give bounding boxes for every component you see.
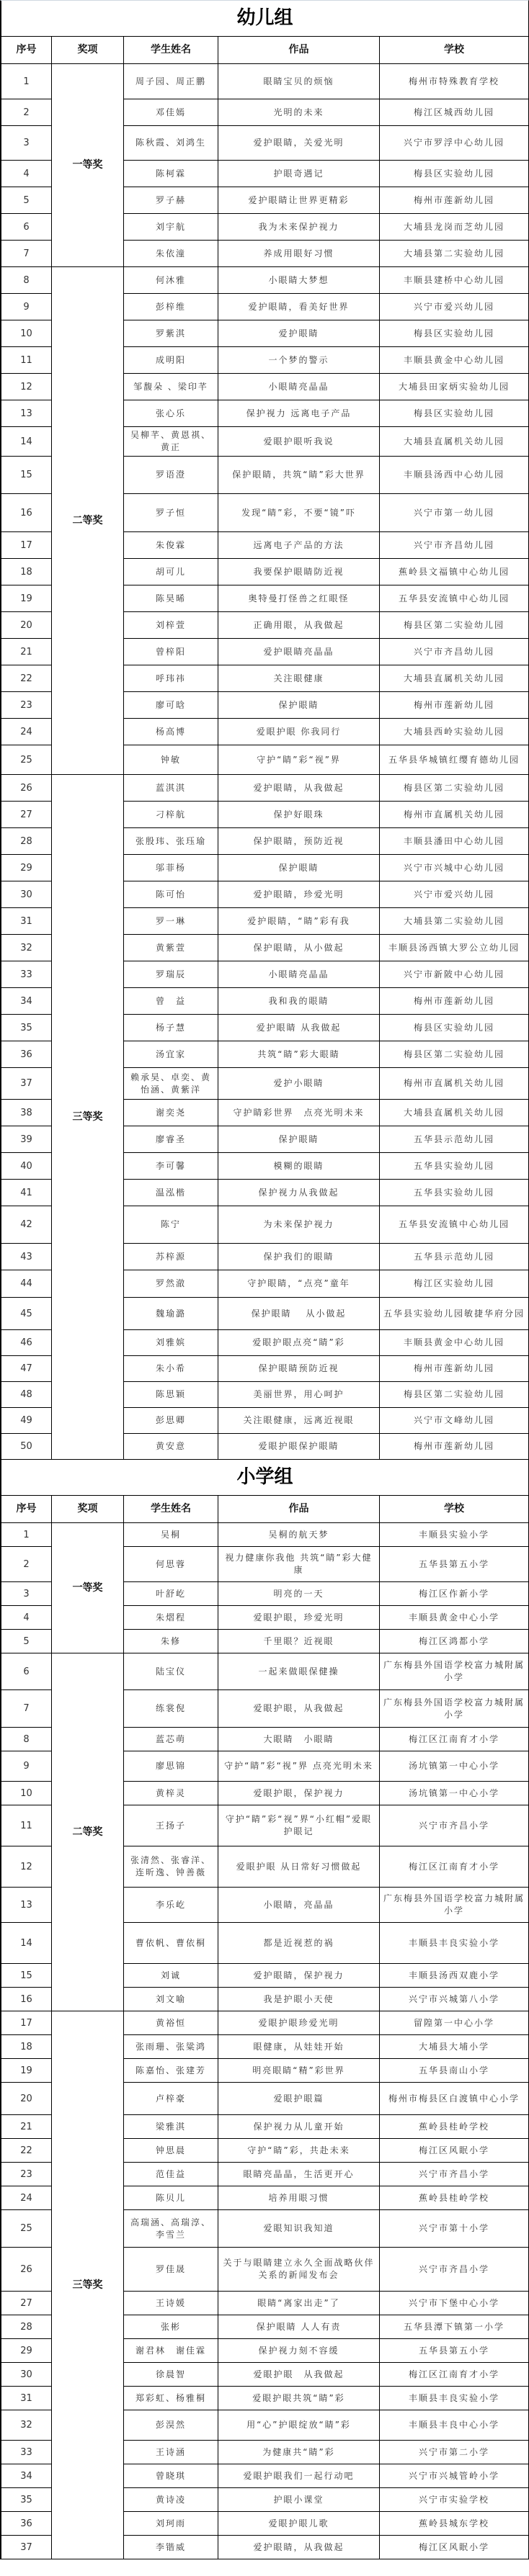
row-index: 44 (1, 1270, 52, 1298)
student-name: 汤宜家 (124, 1041, 218, 1068)
row-index: 18 (1, 2035, 52, 2059)
row-index: 25 (1, 745, 52, 775)
row-index: 33 (1, 961, 52, 988)
school-name: 梅州市直属机关幼儿园 (380, 802, 529, 828)
school-name: 兴宁市兴城第八小学 (380, 1988, 529, 2011)
work-title: 关注眼健康 (218, 665, 380, 692)
school-name: 梅江区风眠小学 (380, 2536, 529, 2559)
row-index: 4 (1, 1606, 52, 1630)
work-title: 爱护眼睛，珍爱光明 (218, 881, 380, 908)
student-name: 魏瑜潞 (124, 1298, 218, 1330)
work-title: 我为未来保护视力 (218, 214, 380, 241)
row-index: 38 (1, 1100, 52, 1126)
school-name: 梅州市莲新幼儿园 (380, 1434, 529, 1460)
row-index: 10 (1, 1782, 52, 1805)
work-title: 爱护眼睛让世界更精彩 (218, 187, 380, 214)
row-index: 19 (1, 2059, 52, 2083)
row-index: 27 (1, 2292, 52, 2315)
row-index: 37 (1, 1068, 52, 1100)
row-index: 46 (1, 1330, 52, 1356)
row-index: 10 (1, 320, 52, 347)
school-name: 梅江区江南育才小学 (380, 1846, 529, 1888)
row-index: 5 (1, 187, 52, 214)
student-name: 杨高博 (124, 719, 218, 745)
work-title: 发现“睛”彩，不要“镜”吓 (218, 494, 380, 532)
student-name: 温泓楷 (124, 1180, 218, 1206)
school-name: 兴宁市齐昌小学 (380, 2248, 529, 2292)
work-title: 保护好眼珠 (218, 802, 380, 828)
school-name: 五华县华城镇红缨育德幼儿园 (380, 745, 529, 775)
school-name: 兴宁市第十小学 (380, 2210, 529, 2248)
work-title: 为未来保护视力 (218, 1206, 380, 1244)
row-index: 40 (1, 1153, 52, 1180)
school-name: 兴宁市罗浮中心幼儿园 (380, 126, 529, 161)
work-title: 正确用眼，从我做起 (218, 612, 380, 639)
row-index: 1 (1, 1523, 52, 1547)
student-name: 彭淏然 (124, 2410, 218, 2441)
award-table-body: 幼儿组序号奖项学生姓名作品学校1一等奖周子园、周正鹏眼睛宝贝的烦恼梅州市特殊教育… (1, 1, 529, 2559)
work-title: 爱眼护眼我们一起行动吧 (218, 2464, 380, 2488)
school-name: 五华县实验幼儿园敏捷华府分园 (380, 1298, 529, 1330)
student-name: 练裳倪 (124, 1690, 218, 1728)
work-title: 爱护眼睛 (218, 320, 380, 347)
row-index: 19 (1, 585, 52, 612)
award-level: 一等奖 (52, 64, 124, 267)
student-name: 邓佳嫣 (124, 99, 218, 126)
row-index: 23 (1, 2163, 52, 2186)
student-name: 钟思晨 (124, 2139, 218, 2163)
work-title: 我要保护眼睛防近视 (218, 559, 380, 585)
section-title: 幼儿组 (1, 1, 529, 37)
school-name: 大埔县西岭实验幼儿园 (380, 719, 529, 745)
student-name: 谢君林 谢佳霖 (124, 2339, 218, 2363)
school-name: 兴宁市下堡中心小学 (380, 2292, 529, 2315)
work-title: 保护眼睛预防近视 (218, 1356, 380, 1382)
award-level: 二等奖 (52, 267, 124, 775)
student-name: 钟敏 (124, 745, 218, 775)
student-name: 刘诚 (124, 1964, 218, 1988)
row-index: 30 (1, 881, 52, 908)
row-index: 32 (1, 2410, 52, 2441)
school-name: 梅县区实验幼儿园 (380, 1015, 529, 1041)
row-index: 16 (1, 494, 52, 532)
school-name: 丰顺县丰良实验小学 (380, 2387, 529, 2410)
row-index: 11 (1, 347, 52, 374)
school-name: 兴宁市兴城中心幼儿园 (380, 855, 529, 881)
school-name: 兴宁市齐昌幼儿园 (380, 639, 529, 665)
work-title: 守护“睛”彩“视”界“小红帽”爱眼护眼记 (218, 1805, 380, 1846)
row-index: 28 (1, 828, 52, 855)
school-name: 蕉岭县桂岭学校 (380, 2115, 529, 2139)
row-index: 11 (1, 1805, 52, 1846)
row-index: 8 (1, 1728, 52, 1751)
row-index: 17 (1, 2011, 52, 2035)
work-title: 爱眼护眼 从日常好习惯做起 (218, 1846, 380, 1888)
student-name: 何思蓉 (124, 1547, 218, 1582)
student-name: 王扬子 (124, 1805, 218, 1846)
work-title: 保护视力从儿童开始 (218, 2115, 380, 2139)
student-name: 陈嘉怡、张建芳 (124, 2059, 218, 2083)
work-title: 保护眼睛，共筑“睛”彩大世界 (218, 457, 380, 494)
student-name: 李锴威 (124, 2536, 218, 2559)
school-name: 蕉岭县桂岭学校 (380, 2186, 529, 2210)
work-title: 保护眼睛，从小做起 (218, 935, 380, 961)
work-title: 养成用眼好习惯 (218, 241, 380, 267)
school-name: 五华县示范幼儿园 (380, 1126, 529, 1153)
school-name: 大埔县田家炳实验幼儿园 (380, 374, 529, 400)
student-name: 李乐屹 (124, 1888, 218, 1923)
row-index: 14 (1, 1923, 52, 1964)
student-name: 朱小希 (124, 1356, 218, 1382)
work-title: 眼睛宝贝的烦恼 (218, 64, 380, 99)
row-index: 33 (1, 2441, 52, 2464)
student-name: 高瑞涵、高瑞淳、李雪兰 (124, 2210, 218, 2248)
school-name: 梅州市莲新幼儿园 (380, 1356, 529, 1382)
student-name: 陈宁 (124, 1206, 218, 1244)
student-name: 卢梓豪 (124, 2083, 218, 2115)
header-school: 学校 (380, 1496, 529, 1523)
school-name: 梅江区江南育才小学 (380, 2363, 529, 2387)
student-name: 成明阳 (124, 347, 218, 374)
work-title: 爱眼护眼，珍爱光明 (218, 1606, 380, 1630)
student-name: 刘珂雨 (124, 2512, 218, 2536)
school-name: 丰顺县汤西镇大罗公立幼儿园 (380, 935, 529, 961)
student-name: 陈可怡 (124, 881, 218, 908)
row-index: 26 (1, 2248, 52, 2292)
student-name: 郑彩虹、杨雅桐 (124, 2387, 218, 2410)
row-index: 37 (1, 2536, 52, 2559)
student-name: 廖睿圣 (124, 1126, 218, 1153)
student-name: 黄裕恒 (124, 2011, 218, 2035)
award-level: 一等奖 (52, 1523, 124, 1653)
work-title: 保护眼睛 人人有责 (218, 2315, 380, 2339)
header-index: 序号 (1, 37, 52, 64)
student-name: 陈柯霖 (124, 161, 218, 187)
student-name: 赖承昊、卓奕、黄怡涵、黄紫洋 (124, 1068, 218, 1100)
student-name: 罗语澄 (124, 457, 218, 494)
school-name: 梅县区第二实验幼儿园 (380, 612, 529, 639)
work-title: 爱护眼睛，从我做起 (218, 2536, 380, 2559)
school-name: 丰顺县实验小学 (380, 1523, 529, 1547)
school-name: 兴宁市第一幼儿园 (380, 494, 529, 532)
row-index: 8 (1, 267, 52, 294)
row-index: 36 (1, 2512, 52, 2536)
work-title: 护眼奇遇记 (218, 161, 380, 187)
school-name: 五华县南山小学 (380, 2059, 529, 2083)
row-index: 25 (1, 2210, 52, 2248)
school-name: 梅县区第二实验幼儿园 (380, 775, 529, 802)
student-name: 罗子恒 (124, 494, 218, 532)
student-name: 罗瑞辰 (124, 961, 218, 988)
work-title: 保护视力 远离电子产品 (218, 400, 380, 427)
work-title: 爱眼护眼共筑“睛”彩 (218, 2387, 380, 2410)
work-title: 爱眼护眼 从我做起 (218, 2363, 380, 2387)
student-name: 徐晨智 (124, 2363, 218, 2387)
row-index: 23 (1, 692, 52, 719)
work-title: 共筑“睛”彩大眼睛 (218, 1041, 380, 1068)
work-title: 爱护眼睛，保护视力 (218, 1964, 380, 1988)
work-title: 爱眼护眼，从我做起 (218, 1690, 380, 1728)
work-title: 保护眼睛，预防近视 (218, 828, 380, 855)
student-name: 王诗涵 (124, 2441, 218, 2464)
header-index: 序号 (1, 1496, 52, 1523)
school-name: 五华县第五小学 (380, 1547, 529, 1582)
school-name: 大埔县第二实验幼儿园 (380, 908, 529, 935)
school-name: 蕉岭县文福镇中心幼儿园 (380, 559, 529, 585)
row-index: 20 (1, 2083, 52, 2115)
row-index: 43 (1, 1244, 52, 1270)
student-name: 王诗媛 (124, 2292, 218, 2315)
work-title: 吴桐的航天梦 (218, 1523, 380, 1547)
work-title: 爱护眼睛，关爱光明 (218, 126, 380, 161)
school-name: 广东梅县外国语学校富力城附属小学 (380, 1690, 529, 1728)
work-title: 培养用眼习惯 (218, 2186, 380, 2210)
school-name: 大埔县第二实验幼儿园 (380, 241, 529, 267)
school-name: 大埔县直属机关幼儿园 (380, 1100, 529, 1126)
work-title: 大眼睛 小眼睛 (218, 1728, 380, 1751)
award-level: 三等奖 (52, 775, 124, 1460)
work-title: 爱护眼睛，“睛”彩有我 (218, 908, 380, 935)
section-title-row: 小学组 (1, 1460, 529, 1496)
student-name: 刘雅嫔 (124, 1330, 218, 1356)
row-index: 6 (1, 1653, 52, 1690)
work-title: 爱护眼睛 从我做起 (218, 1015, 380, 1041)
row-index: 39 (1, 1126, 52, 1153)
work-title: 爱眼知识我知道 (218, 2210, 380, 2248)
row-index: 18 (1, 559, 52, 585)
table-row: 1一等奖周子园、周正鹏眼睛宝贝的烦恼梅州市特殊教育学校 (1, 64, 529, 99)
student-name: 吴桐 (124, 1523, 218, 1547)
student-name: 张清然、张睿洋、连昕逸、钟善薇 (124, 1846, 218, 1888)
student-name: 黄梓灵 (124, 1782, 218, 1805)
table-row: 26三等奖蓝淇淇爱护眼睛，从我做起梅县区第二实验幼儿园 (1, 775, 529, 802)
student-name: 刁梓航 (124, 802, 218, 828)
work-title: 守护“睛”彩“视”界 点亮光明未来 (218, 1751, 380, 1782)
school-name: 丰顺县汤西双鹿小学 (380, 1964, 529, 1988)
work-title: 眼睛“离家出走”了 (218, 2292, 380, 2315)
school-name: 大埔县龙岗而芝幼儿园 (380, 214, 529, 241)
work-title: 远离电子产品的方法 (218, 532, 380, 559)
work-title: 守护“睛”彩，共赴未来 (218, 2139, 380, 2163)
student-name: 何沐雅 (124, 267, 218, 294)
work-title: 眼健康，从娃娃开始 (218, 2035, 380, 2059)
row-index: 2 (1, 1547, 52, 1582)
row-index: 27 (1, 802, 52, 828)
work-title: 爱眼护眼点亮“睛”彩 (218, 1330, 380, 1356)
work-title: 保护眼睛 从小做起 (218, 1298, 380, 1330)
student-name: 蓝淇淇 (124, 775, 218, 802)
school-name: 梅江区实验幼儿园 (380, 1270, 529, 1298)
school-name: 汤坑镇第一中心小学 (380, 1751, 529, 1782)
row-index: 32 (1, 935, 52, 961)
row-index: 14 (1, 427, 52, 457)
row-index: 3 (1, 1582, 52, 1606)
row-index: 42 (1, 1206, 52, 1244)
work-title: 保护眼睛 (218, 692, 380, 719)
work-title: 爱眼护眼听我说 (218, 427, 380, 457)
work-title: 小眼睛大梦想 (218, 267, 380, 294)
student-name: 曾晓琪 (124, 2464, 218, 2488)
row-index: 7 (1, 1690, 52, 1728)
row-index: 24 (1, 719, 52, 745)
school-name: 梅州市莲新幼儿园 (380, 692, 529, 719)
school-name: 梅州市莲新幼儿园 (380, 187, 529, 214)
row-index: 7 (1, 241, 52, 267)
work-title: 关注眼健康，远离近视眼 (218, 1408, 380, 1434)
student-name: 叶舒屹 (124, 1582, 218, 1606)
student-name: 张殷玮、张珏瑜 (124, 828, 218, 855)
header-award: 奖项 (52, 37, 124, 64)
student-name: 张雨珊、张粱鸿 (124, 2035, 218, 2059)
student-name: 罗紫淇 (124, 320, 218, 347)
row-index: 24 (1, 2186, 52, 2210)
work-title: 爱眼护眼保护眼睛 (218, 1434, 380, 1460)
row-index: 26 (1, 775, 52, 802)
school-name: 兴宁市齐昌小学 (380, 2163, 529, 2186)
work-title: 爱护小眼睛 (218, 1068, 380, 1100)
student-name: 黄紫萱 (124, 935, 218, 961)
school-name: 兴宁市实验学校 (380, 2488, 529, 2512)
row-index: 15 (1, 457, 52, 494)
student-name: 罗一琳 (124, 908, 218, 935)
work-title: 关于与眼睛建立永久全面战略伙伴关系的新闻发布会 (218, 2248, 380, 2292)
row-index: 5 (1, 1630, 52, 1653)
row-index: 36 (1, 1041, 52, 1068)
row-index: 13 (1, 400, 52, 427)
school-name: 兴宁市文峰幼儿园 (380, 1408, 529, 1434)
row-index: 20 (1, 612, 52, 639)
row-index: 12 (1, 374, 52, 400)
student-name: 吴柳芊、黄恩祺、黄正 (124, 427, 218, 457)
student-name: 陈贝儿 (124, 2186, 218, 2210)
work-title: 奥特曼打怪兽之红眼怪 (218, 585, 380, 612)
school-name: 广东梅县外国语学校富力城附属小学 (380, 1888, 529, 1923)
work-title: 视力健康你我他 共筑“睛”彩大健康 (218, 1547, 380, 1582)
table-row: 6二等奖陆宝仪一起来做眼保健操广东梅县外国语学校富力城附属小学 (1, 1653, 529, 1690)
student-name: 杨子慧 (124, 1015, 218, 1041)
school-name: 五华县实验幼儿园 (380, 1153, 529, 1180)
row-index: 9 (1, 1751, 52, 1782)
row-index: 21 (1, 2115, 52, 2139)
school-name: 丰顺县建桥中心幼儿园 (380, 267, 529, 294)
student-name: 罗然澈 (124, 1270, 218, 1298)
work-title: 守护睛彩世界 点亮光明未来 (218, 1100, 380, 1126)
work-title: 守护“睛”彩“视”界 (218, 745, 380, 775)
school-name: 大埔县直属机关幼儿园 (380, 665, 529, 692)
row-index: 35 (1, 1015, 52, 1041)
award-level: 二等奖 (52, 1653, 124, 2011)
school-name: 大埔县直属机关幼儿园 (380, 427, 529, 457)
student-name: 呼玮祎 (124, 665, 218, 692)
school-name: 梅江区作新小学 (380, 1582, 529, 1606)
student-name: 罗子赫 (124, 187, 218, 214)
section-title-row: 幼儿组 (1, 1, 529, 37)
work-title: 千里眼？近视眼 (218, 1630, 380, 1653)
student-name: 邹馥朵 、梁印芊 (124, 374, 218, 400)
school-name: 梅县区实验幼儿园 (380, 400, 529, 427)
work-title: 爱护眼睛亮晶晶 (218, 639, 380, 665)
work-title: 保护视力从我做起 (218, 1180, 380, 1206)
row-index: 34 (1, 988, 52, 1015)
work-title: 小眼睛亮晶晶 (218, 961, 380, 988)
school-name: 兴宁市爱兴幼儿园 (380, 294, 529, 320)
student-name: 陈秋霞、刘鸿生 (124, 126, 218, 161)
work-title: 爱眼护眼珍爱光明 (218, 2011, 380, 2035)
student-name: 曹依帆、曹依桐 (124, 1923, 218, 1964)
school-name: 丰顺县丰良中心小学 (380, 2410, 529, 2441)
work-title: 爱眼护眼儿歌 (218, 2512, 380, 2536)
student-name: 刘梓萱 (124, 612, 218, 639)
work-title: 一个梦的警示 (218, 347, 380, 374)
work-title: 爱眼护眼篇 (218, 2083, 380, 2115)
header-work: 作品 (218, 1496, 380, 1523)
school-name: 广东梅县外国语学校富力城附属小学 (380, 1653, 529, 1690)
school-name: 蕉岭县城东学校 (380, 2512, 529, 2536)
student-name: 邬菲杨 (124, 855, 218, 881)
student-name: 刘宇航 (124, 214, 218, 241)
school-name: 梅县区第二实验幼儿园 (380, 1041, 529, 1068)
student-name: 刘文喻 (124, 1988, 218, 2011)
school-name: 梅江区江南育才小学 (380, 1728, 529, 1751)
row-index: 41 (1, 1180, 52, 1206)
school-name: 兴宁市爱兴幼儿园 (380, 881, 529, 908)
work-title: 爱护眼睛，看美好世界 (218, 294, 380, 320)
row-index: 3 (1, 126, 52, 161)
school-name: 汤坑镇第一中心小学 (380, 1782, 529, 1805)
student-name: 陆宝仪 (124, 1653, 218, 1690)
row-index: 15 (1, 1964, 52, 1988)
award-level: 三等奖 (52, 2011, 124, 2559)
school-name: 梅州市特殊教育学校 (380, 64, 529, 99)
work-title: 守护眼睛，“点亮”童年 (218, 1270, 380, 1298)
row-index: 31 (1, 908, 52, 935)
student-name: 廖可晗 (124, 692, 218, 719)
header-row: 序号奖项学生姓名作品学校 (1, 37, 529, 64)
award-list-document: 幼儿组序号奖项学生姓名作品学校1一等奖周子园、周正鹏眼睛宝贝的烦恼梅州市特殊教育… (0, 0, 529, 2559)
table-row: 17三等奖黄裕恒爱眼护眼珍爱光明留隍第一中心小学 (1, 2011, 529, 2035)
student-name: 周子园、周正鹏 (124, 64, 218, 99)
school-name: 梅江区风眠小学 (380, 2139, 529, 2163)
school-name: 梅县区实验幼儿园 (380, 320, 529, 347)
student-name: 范佳益 (124, 2163, 218, 2186)
row-index: 9 (1, 294, 52, 320)
school-name: 兴宁市齐昌小学 (380, 1805, 529, 1846)
student-name: 罗佳晟 (124, 2248, 218, 2292)
student-name: 曾 益 (124, 988, 218, 1015)
row-index: 22 (1, 665, 52, 692)
row-index: 4 (1, 161, 52, 187)
row-index: 31 (1, 2387, 52, 2410)
header-student-name: 学生姓名 (124, 37, 218, 64)
school-name: 兴宁市兴城管岭小学 (380, 2464, 529, 2488)
work-title: 都是近视惹的祸 (218, 1923, 380, 1964)
work-title: 保护视力刻不容缓 (218, 2339, 380, 2363)
student-name: 廖思锦 (124, 1751, 218, 1782)
row-index: 2 (1, 99, 52, 126)
school-name: 五华县安流镇中心幼儿园 (380, 1206, 529, 1244)
header-work: 作品 (218, 37, 380, 64)
school-name: 梅县区实验幼儿园 (380, 161, 529, 187)
school-name: 大埔县大埔小学 (380, 2035, 529, 2059)
work-title: 小眼睛亮晶晶 (218, 374, 380, 400)
school-name: 兴宁市第二小学 (380, 2441, 529, 2464)
school-name: 梅县区第二实验幼儿园 (380, 1382, 529, 1408)
student-name: 朱依潼 (124, 241, 218, 267)
school-name: 兴宁市新陂中心幼儿园 (380, 961, 529, 988)
school-name: 五华县实验幼儿园 (380, 1180, 529, 1206)
school-name: 留隍第一中心小学 (380, 2011, 529, 2035)
work-title: 爱眼护眼，保护视力 (218, 1782, 380, 1805)
